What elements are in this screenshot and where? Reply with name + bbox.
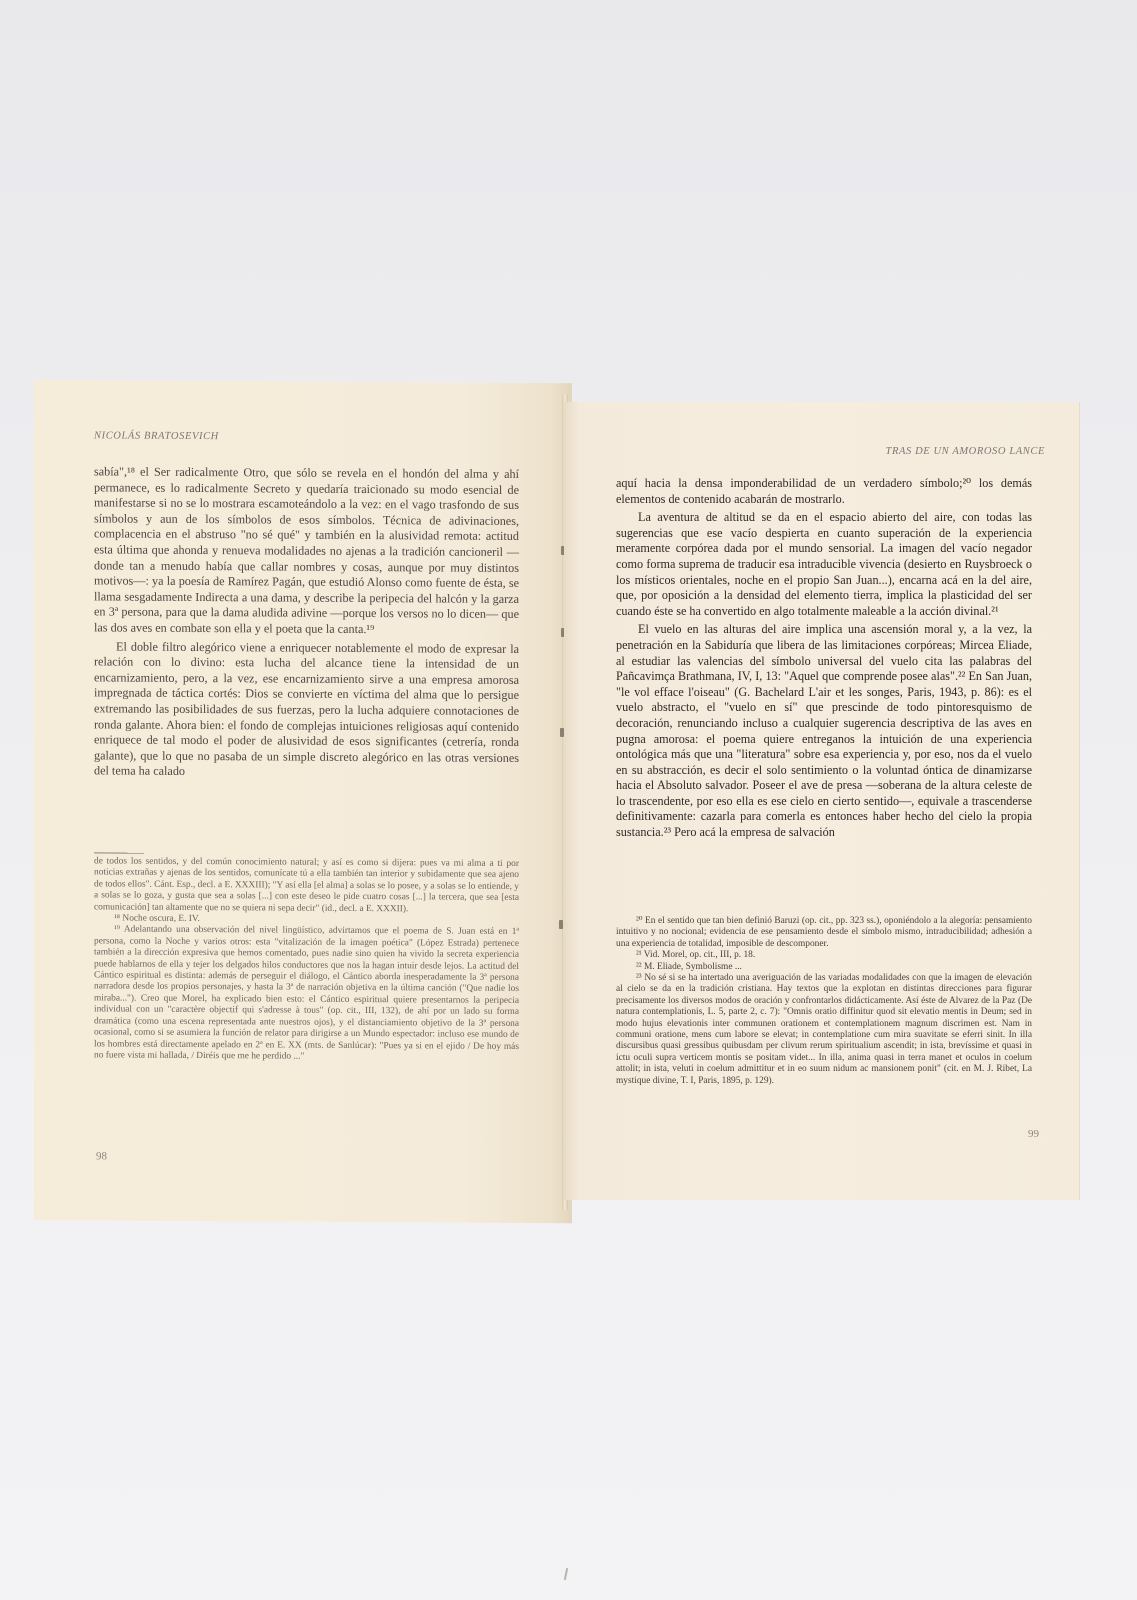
right-page: TRAS DE UN AMOROSO LANCE aquí hacia la d… bbox=[564, 402, 1080, 1200]
paper-fiber bbox=[564, 1568, 568, 1580]
footnote: de todos los sentidos, y del común conoc… bbox=[94, 856, 519, 916]
right-page-body: aquí hacia la densa imponderabilidad de … bbox=[616, 476, 1032, 841]
paragraph: La aventura de altitud se da en el espac… bbox=[616, 510, 1032, 619]
left-page: NICOLÁS BRATOSEVICH sabía",¹⁸ el Ser rad… bbox=[34, 380, 572, 1223]
paragraph: aquí hacia la densa imponderabilidad de … bbox=[616, 476, 1032, 507]
binding-staple-mark bbox=[559, 920, 563, 929]
open-book: NICOLÁS BRATOSEVICH sabía",¹⁸ el Ser rad… bbox=[32, 380, 1102, 1220]
footnote: ²⁰ En el sentido que tan bien definió Ba… bbox=[616, 916, 1032, 950]
right-page-footnotes: ²⁰ En el sentido que tan bien definió Ba… bbox=[616, 916, 1032, 1087]
footnote: ¹⁹ Adelantando una observación del nivel… bbox=[94, 925, 519, 1064]
left-page-footnotes: de todos los sentidos, y del común conoc… bbox=[94, 852, 519, 1064]
running-head-title: TRAS DE UN AMOROSO LANCE bbox=[886, 446, 1045, 457]
paragraph: sabía",¹⁸ el Ser radicalmente Otro, que … bbox=[94, 464, 519, 638]
footnote: ²³ No sé si se ha intertado una averigua… bbox=[616, 973, 1032, 1087]
page-number: 99 bbox=[1028, 1128, 1039, 1140]
running-head-author: NICOLÁS BRATOSEVICH bbox=[94, 430, 219, 442]
page-number: 98 bbox=[96, 1150, 107, 1162]
footnote: ²¹ Vid. Morel, op. cit., III, p. 18. bbox=[616, 950, 1032, 961]
paragraph: El doble filtro alegórico viene a enriqu… bbox=[94, 639, 519, 782]
left-page-body: sabía",¹⁸ el Ser radicalmente Otro, que … bbox=[94, 464, 519, 781]
footnote-rule bbox=[94, 852, 144, 853]
paragraph: El vuelo en las alturas del aire implica… bbox=[616, 622, 1032, 840]
footnote: ²² M. Eliade, Symbolisme ... bbox=[616, 962, 1032, 973]
